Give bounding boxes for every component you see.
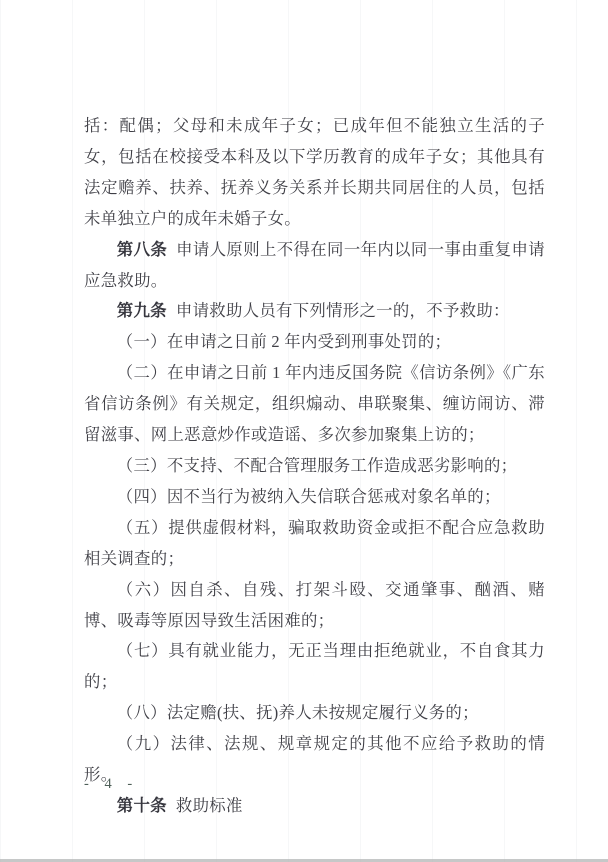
list-item-text: （五）提供虚假材料，骗取救助资金或拒不配合应急救助相关调查的； xyxy=(84,518,545,568)
document-body: 括：配偶；父母和未成年子女；已成年但不能独立生活的子女，包括在校接受本科及以下学… xyxy=(84,111,545,822)
list-item-1: （一）在申请之日前 2 年内受到刑事处罚的； xyxy=(84,327,545,358)
page-number: - 4 - xyxy=(84,776,138,793)
list-item-8: （八）法定赡(扶、抚)养人未按规定履行义务的； xyxy=(84,698,545,729)
article-8-number: 第八条 xyxy=(117,240,167,259)
list-item-3: （三）不支持、不配合管理服务工作造成恶劣影响的； xyxy=(84,451,545,482)
paragraph-article-9: 第九条申请救助人员有下列情形之一的，不予救助： xyxy=(84,296,545,327)
list-item-5: （五）提供虚假材料，骗取救助资金或拒不配合应急救助相关调查的； xyxy=(84,513,545,575)
list-item-6: （六）因自杀、自残、打架斗殴、交通肇事、酗酒、赌博、吸毒等原因导致生活困难的； xyxy=(84,575,545,637)
article-9-number: 第九条 xyxy=(117,301,167,320)
paragraph-article-8: 第八条申请人原则上不得在同一年内以同一事由重复申请应急救助。 xyxy=(84,235,545,297)
list-item-text: （七）具有就业能力，无正当理由拒绝就业，不自食其力的； xyxy=(84,641,545,691)
list-item-4: （四）因不当行为被纳入失信联合惩戒对象名单的； xyxy=(84,482,545,513)
paragraph-family-members-continuation: 括：配偶；父母和未成年子女；已成年但不能独立生活的子女，包括在校接受本科及以下学… xyxy=(84,111,545,235)
list-item-text: （六）因自杀、自残、打架斗殴、交通肇事、酗酒、赌博、吸毒等原因导致生活困难的； xyxy=(84,580,545,630)
list-item-text: （四）因不当行为被纳入失信联合惩戒对象名单的； xyxy=(117,487,501,506)
list-item-text: （九）法律、法规、规章规定的其他不应给予救助的情形。 xyxy=(84,734,545,784)
paragraph-text: 括：配偶；父母和未成年子女；已成年但不能独立生活的子女，包括在校接受本科及以下学… xyxy=(84,116,545,228)
list-item-2: （二）在申请之日前 1 年内违反国务院《信访条例》《广东省信访条例》有关规定，组… xyxy=(84,358,545,451)
paragraph-text: 申请救助人员有下列情形之一的，不予救助： xyxy=(176,301,510,320)
document-page: 括：配偶；父母和未成年子女；已成年但不能独立生活的子女，包括在校接受本科及以下学… xyxy=(0,0,608,862)
list-item-text: （一）在申请之日前 2 年内受到刑事处罚的； xyxy=(117,332,451,351)
list-item-text: （八）法定赡(扶、抚)养人未按规定履行义务的； xyxy=(117,703,479,722)
paragraph-article-10: 第十条救助标准 xyxy=(84,791,545,822)
article-10-number: 第十条 xyxy=(117,796,167,815)
list-item-7: （七）具有就业能力，无正当理由拒绝就业，不自食其力的； xyxy=(84,636,545,698)
list-item-text: （二）在申请之日前 1 年内违反国务院《信访条例》《广东省信访条例》有关规定，组… xyxy=(84,363,545,444)
list-item-text: （三）不支持、不配合管理服务工作造成恶劣影响的； xyxy=(117,456,518,475)
paragraph-text: 救助标准 xyxy=(176,796,243,815)
list-item-9: （九）法律、法规、规章规定的其他不应给予救助的情形。 xyxy=(84,729,545,791)
